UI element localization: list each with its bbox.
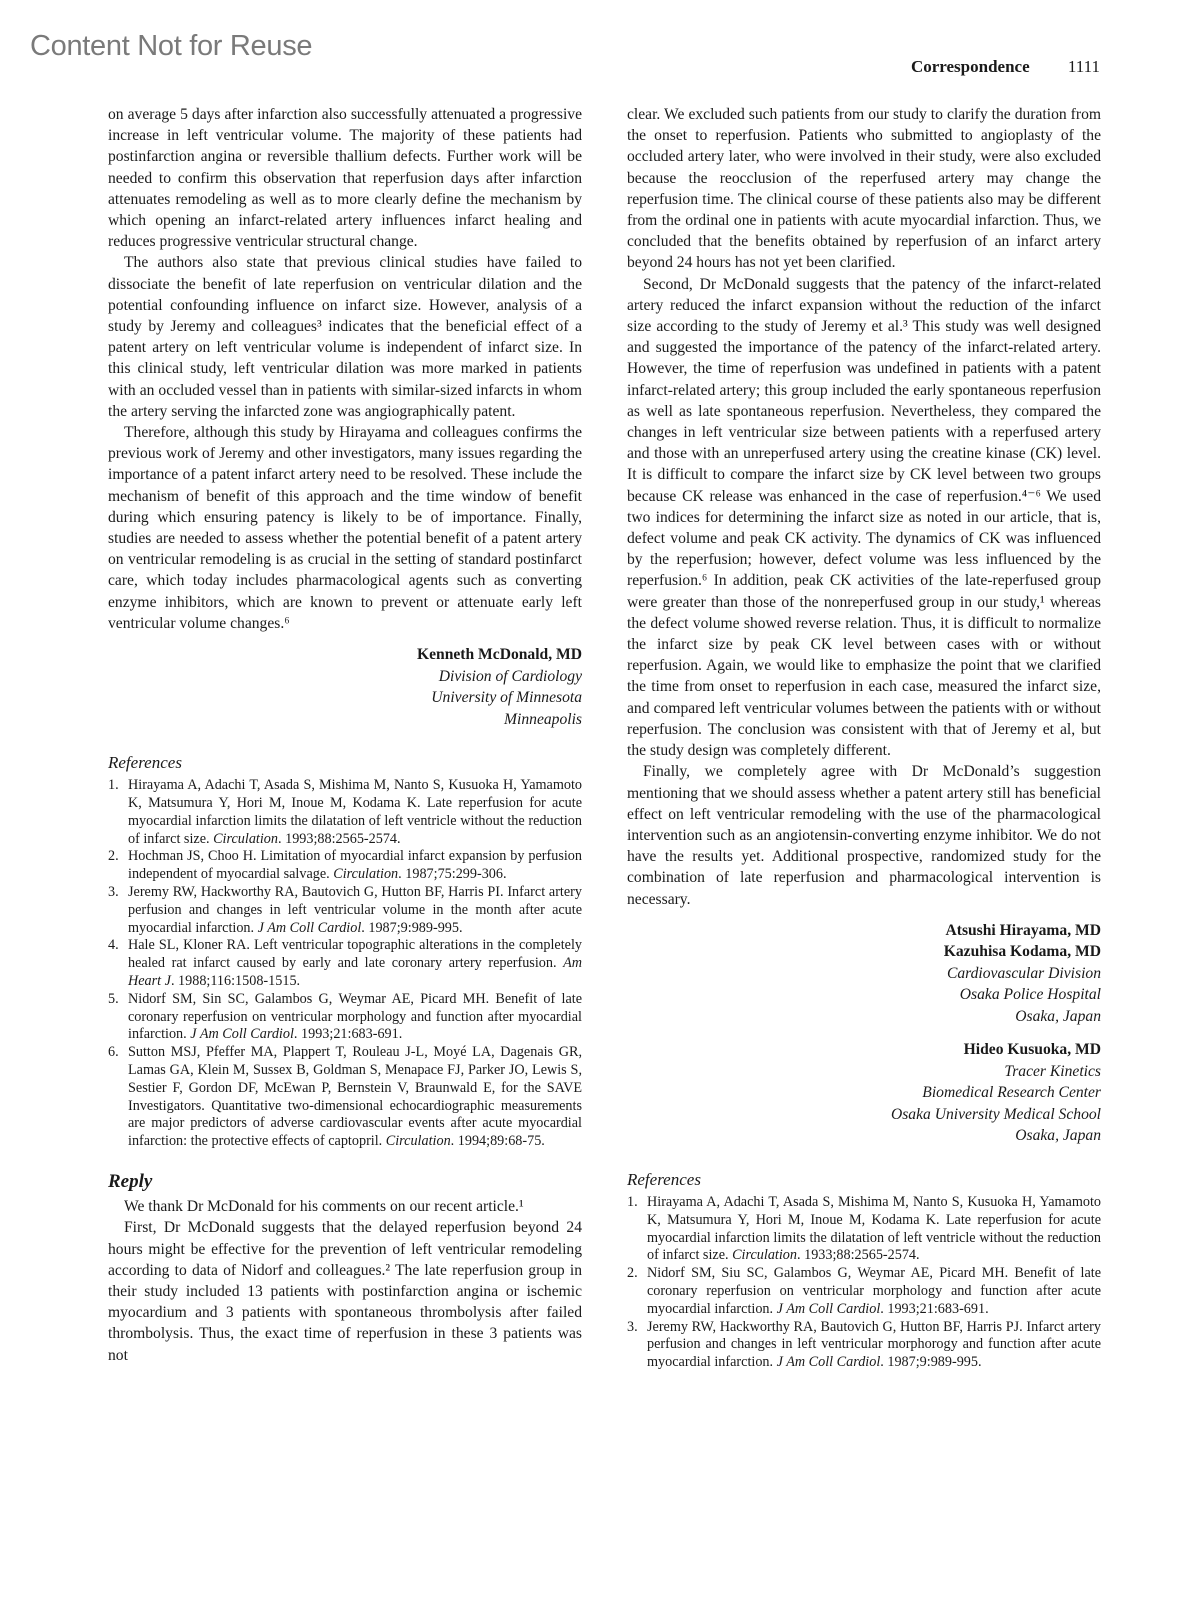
author-affiliation: Osaka, Japan — [627, 1125, 1101, 1147]
author-name: Hideo Kusuoka, MD — [627, 1039, 1101, 1061]
letter-paragraph: The authors also state that previous cli… — [108, 252, 582, 422]
reference-item: 4.Hale SL, Kloner RA. Left ventricular t… — [108, 937, 582, 990]
reply-paragraph: First, Dr McDonald suggests that the del… — [108, 1217, 582, 1365]
reference-item: 1.Hirayama A, Adachi T, Asada S, Mishima… — [627, 1194, 1101, 1265]
reference-item: 3.Jeremy RW, Hackworthy RA, Bautovich G,… — [627, 1319, 1101, 1372]
right-column: clear. We excluded such patients from ou… — [627, 104, 1101, 1372]
page-number: 1111 — [1068, 57, 1100, 76]
letter-signature: Kenneth McDonald, MD Division of Cardiol… — [108, 644, 582, 730]
author-affiliation: Osaka Police Hospital — [627, 984, 1101, 1006]
reference-item: 3.Jeremy RW, Hackworthy RA, Bautovich G,… — [108, 884, 582, 937]
reply-paragraph: clear. We excluded such patients from ou… — [627, 104, 1101, 274]
author-affiliation: Osaka University Medical School — [627, 1104, 1101, 1126]
reply-paragraph: We thank Dr McDonald for his comments on… — [108, 1196, 582, 1217]
author-affiliation: Biomedical Research Center — [627, 1082, 1101, 1104]
author-affiliation: University of Minnesota — [108, 687, 582, 709]
running-head: Correspondence 1111 — [911, 57, 1100, 77]
author-name: Kenneth McDonald, MD — [108, 644, 582, 666]
author-affiliation: Minneapolis — [108, 709, 582, 731]
author-affiliation: Division of Cardiology — [108, 666, 582, 688]
references-heading: References — [627, 1169, 1101, 1190]
author-name: Atsushi Hirayama, MD — [627, 920, 1101, 942]
reply-signature: Atsushi Hirayama, MD Kazuhisa Kodama, MD… — [627, 920, 1101, 1028]
section-title: Correspondence — [911, 57, 1030, 76]
author-affiliation: Tracer Kinetics — [627, 1061, 1101, 1083]
reference-item: 5.Nidorf SM, Sin SC, Galambos G, Weymar … — [108, 991, 582, 1044]
letter-references: 1.Hirayama A, Adachi T, Asada S, Mishima… — [108, 777, 582, 1151]
left-column: on average 5 days after infarction also … — [108, 104, 582, 1366]
reference-item: 2.Nidorf SM, Siu SC, Galambos G, Weymar … — [627, 1265, 1101, 1318]
reply-heading: Reply — [108, 1171, 582, 1192]
reply-paragraph: Finally, we completely agree with Dr McD… — [627, 761, 1101, 909]
reference-item: 6.Sutton MSJ, Pfeffer MA, Plappert T, Ro… — [108, 1044, 582, 1151]
letter-paragraph: Therefore, although this study by Hiraya… — [108, 422, 582, 634]
reply-paragraph: Second, Dr McDonald suggests that the pa… — [627, 274, 1101, 762]
author-name: Kazuhisa Kodama, MD — [627, 941, 1101, 963]
letter-paragraph: on average 5 days after infarction also … — [108, 104, 582, 252]
reference-item: 2.Hochman JS, Choo H. Limitation of myoc… — [108, 848, 582, 884]
reply-signature: Hideo Kusuoka, MD Tracer Kinetics Biomed… — [627, 1039, 1101, 1147]
references-heading: References — [108, 752, 582, 773]
author-affiliation: Cardiovascular Division — [627, 963, 1101, 985]
reply-references: 1.Hirayama A, Adachi T, Asada S, Mishima… — [627, 1194, 1101, 1372]
watermark: Content Not for Reuse — [30, 30, 312, 63]
author-affiliation: Osaka, Japan — [627, 1006, 1101, 1028]
reference-item: 1.Hirayama A, Adachi T, Asada S, Mishima… — [108, 777, 582, 848]
